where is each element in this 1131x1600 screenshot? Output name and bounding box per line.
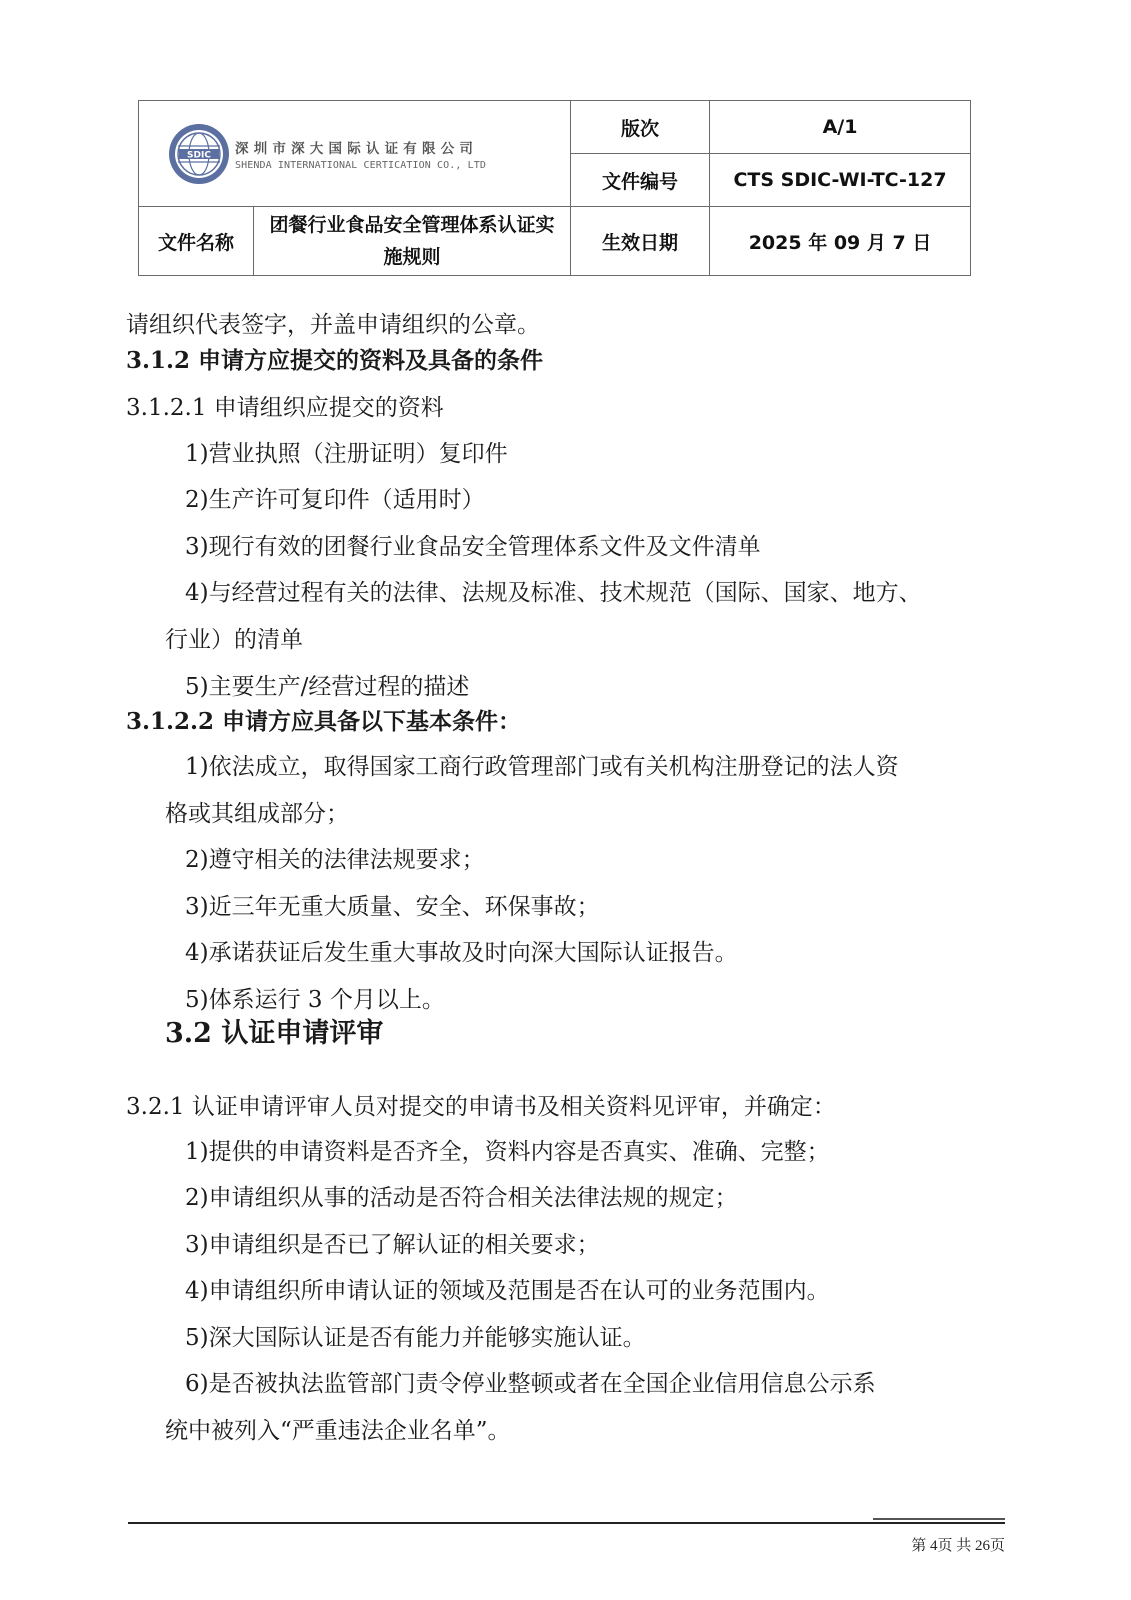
effective-date-value: 2025 年 09 月 7 日 — [710, 207, 971, 276]
section-3-1-2-2-heading: 3.1.2.2 申请方应具备以下基本条件： — [126, 710, 521, 733]
list-item: 2)申请组织从事的活动是否符合相关法律法规的规定； — [185, 1187, 738, 1210]
section-3-1-2-heading: 3.1.2 申请方应提交的资料及具备的条件 — [126, 349, 543, 372]
list-item-continuation: 格或其组成部分； — [165, 803, 349, 826]
footer-divider-top — [873, 1518, 1005, 1520]
doc-name-value: 团餐行业食品安全管理体系认证实 施规则 — [254, 207, 571, 276]
section-3-2-1-intro: 3.2.1 认证申请评审人员对提交的申请书及相关资料见评审，并确定： — [126, 1096, 836, 1119]
list-item: 1)营业执照（注册证明）复印件 — [185, 443, 508, 466]
company-name-en: SHENDA INTERNATIONAL CERTICATION CO., LT… — [235, 160, 486, 171]
section-3-2-heading: 3.2 认证申请评审 — [165, 1020, 383, 1047]
document-header-table: SDIC 深圳市深大国际认证有限公司 SHENDA INTERNATIONAL … — [138, 100, 971, 276]
doc-name-label: 文件名称 — [139, 207, 254, 276]
list-item: 5)主要生产/经营过程的描述 — [185, 676, 469, 699]
list-item: 5)体系运行 3 个月以上。 — [185, 989, 445, 1012]
list-item: 1)提供的申请资料是否齐全，资料内容是否真实、准确、完整； — [185, 1141, 830, 1164]
list-item: 4)申请组织所申请认证的领域及范围是否在认可的业务范围内。 — [185, 1280, 830, 1303]
version-value: A/1 — [710, 101, 971, 154]
list-item: 4)承诺获证后发生重大事故及时向深大国际认证报告。 — [185, 942, 738, 965]
company-logo-cell: SDIC 深圳市深大国际认证有限公司 SHENDA INTERNATIONAL … — [139, 101, 571, 207]
continuation-text: 请组织代表签字，并盖申请组织的公章。 — [126, 314, 540, 337]
list-item: 2)遵守相关的法律法规要求； — [185, 849, 485, 872]
footer-divider — [128, 1522, 1005, 1524]
list-item: 2)生产许可复印件（适用时） — [185, 489, 485, 512]
company-logo-icon: SDIC — [167, 122, 231, 186]
list-item: 4)与经营过程有关的法律、法规及标准、技术规范（国际、国家、地方、 — [185, 582, 922, 605]
list-item: 5)深大国际认证是否有能力并能够实施认证。 — [185, 1327, 646, 1350]
list-item: 6)是否被执法监管部门责令停业整顿或者在全国企业信用信息公示系 — [185, 1373, 876, 1396]
doc-number-value: CTS SDIC-WI-TC-127 — [710, 154, 971, 207]
effective-date-label: 生效日期 — [571, 207, 710, 276]
page-number: 第 4页 共 26页 — [911, 1534, 1005, 1555]
list-item: 3)近三年无重大质量、安全、环保事故； — [185, 896, 600, 919]
list-item-continuation: 行业）的清单 — [165, 629, 303, 652]
version-label: 版次 — [571, 101, 710, 154]
doc-number-label: 文件编号 — [571, 154, 710, 207]
section-3-1-2-1-heading: 3.1.2.1 申请组织应提交的资料 — [126, 397, 444, 420]
company-name-cn: 深圳市深大国际认证有限公司 — [235, 137, 486, 157]
list-item: 3)申请组织是否已了解认证的相关要求； — [185, 1234, 600, 1257]
list-item-continuation: 统中被列入“严重违法企业名单”。 — [165, 1420, 511, 1443]
list-item: 1)依法成立，取得国家工商行政管理部门或有关机构注册登记的法人资 — [185, 756, 899, 779]
list-item: 3)现行有效的团餐行业食品安全管理体系文件及文件清单 — [185, 536, 761, 559]
svg-text:SDIC: SDIC — [187, 150, 211, 160]
